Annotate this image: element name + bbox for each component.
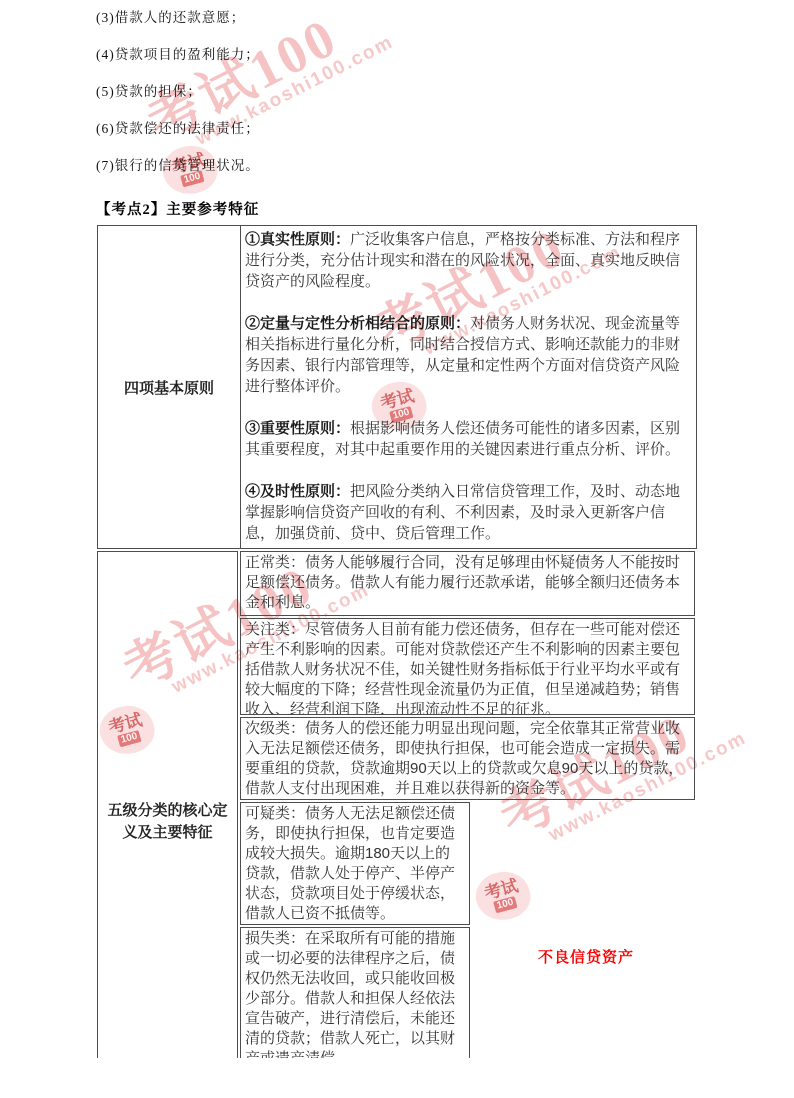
category-box-normal: 正常类：债务人能够履行合同，没有足够理由怀疑债务人不能按时足额偿还债务。借款人有…	[240, 551, 695, 616]
list-item: (5)贷款的担保；	[96, 80, 260, 117]
category-box-substandard: 次级类：债务人的偿还能力明显出现问题，完全依靠其正常营业收入无法足额偿还债务，即…	[240, 717, 695, 800]
category-text: 债务人能够履行合同，没有足够理由怀疑债务人不能按时足额偿还债务。借款人有能力履行…	[245, 554, 680, 611]
category-label: 损失类：	[245, 930, 305, 947]
principles-header-cell: 四项基本原则	[98, 226, 241, 548]
principle-paragraph: ②定量与定性分析相结合的原则：对债务人财务状况、现金流量等相关指标进行量化分析，…	[245, 313, 694, 397]
categories-header-cell: 五级分类的核心定义及主要特征	[97, 551, 238, 1058]
list-item: (6)贷款偿还的法律责任；	[96, 117, 260, 154]
category-label: 关注类：	[245, 621, 305, 638]
category-text: 债务人的偿还能力明显出现问题，完全依靠其正常营业收入无法足额偿还债务，即使执行担…	[245, 720, 683, 797]
bad-credit-assets-annotation: 不良信贷资产	[538, 946, 634, 967]
category-label: 次级类：	[245, 720, 305, 737]
numbered-list: (3)借款人的还款意愿； (4)贷款项目的盈利能力； (5)贷款的担保； (6)…	[96, 6, 260, 191]
document-page: 考试100 www.kaoshi100.com 考试100 www.kaoshi…	[0, 0, 794, 1098]
content-layer: (3)借款人的还款意愿； (4)贷款项目的盈利能力； (5)贷款的担保； (6)…	[0, 0, 794, 1098]
categories-table: 五级分类的核心定义及主要特征 正常类：债务人能够履行合同，没有足够理由怀疑债务人…	[97, 551, 697, 1058]
principle-paragraph: ④及时性原则：把风险分类纳入日常信贷管理工作，及时、动态地掌握影响信贷资产回收的…	[245, 481, 694, 544]
category-box-doubtful: 可疑类：债务人无法足额偿还债务，即使执行担保，也肯定要造成较大损失。逾期180天…	[240, 802, 470, 925]
principle-label: ①真实性原则：	[245, 231, 350, 248]
principle-label: ④及时性原则：	[245, 483, 350, 500]
category-box-loss: 损失类：在采取所有可能的措施或一切必要的法律程序之后，债权仍然无法收回，或只能收…	[240, 927, 470, 1058]
principle-paragraph: ①真实性原则：广泛收集客户信息，严格按分类标准、方法和程序进行分类，充分估计现实…	[245, 229, 694, 292]
list-item: (4)贷款项目的盈利能力；	[96, 43, 260, 80]
category-box-attention: 关注类：尽管债务人目前有能力偿还债务，但存在一些可能对偿还产生不利影响的因素。可…	[240, 618, 695, 715]
category-text: 尽管债务人目前有能力偿还债务，但存在一些可能对偿还产生不利影响的因素。可能对贷款…	[245, 621, 680, 715]
categories-content-column: 正常类：债务人能够履行合同，没有足够理由怀疑债务人不能按时足额偿还债务。借款人有…	[240, 551, 695, 1058]
category-text: 在采取所有可能的措施或一切必要的法律程序之后，债权仍然无法收回，或只能收回极少部…	[245, 930, 455, 1058]
principle-label: ②定量与定性分析相结合的原则：	[245, 315, 470, 332]
principle-label: ③重要性原则：	[245, 420, 350, 437]
list-item: (3)借款人的还款意愿；	[96, 6, 260, 43]
category-label: 可疑类：	[245, 805, 305, 822]
category-label: 正常类：	[245, 554, 305, 571]
principles-table: 四项基本原则 ①真实性原则：广泛收集客户信息，严格按分类标准、方法和程序进行分类…	[97, 225, 697, 549]
principle-paragraph: ③重要性原则：根据影响债务人偿还债务可能性的诸多因素，区别其重要程度，对其中起重…	[245, 418, 694, 460]
list-item: (7)银行的信贷管理状况。	[96, 154, 260, 191]
category-text: 债务人无法足额偿还债务，即使执行担保，也肯定要造成较大损失。逾期180天以上的贷…	[245, 805, 455, 922]
section-heading: 【考点2】主要参考特征	[96, 198, 259, 219]
principles-content-cell: ①真实性原则：广泛收集客户信息，严格按分类标准、方法和程序进行分类，充分估计现实…	[241, 226, 696, 548]
